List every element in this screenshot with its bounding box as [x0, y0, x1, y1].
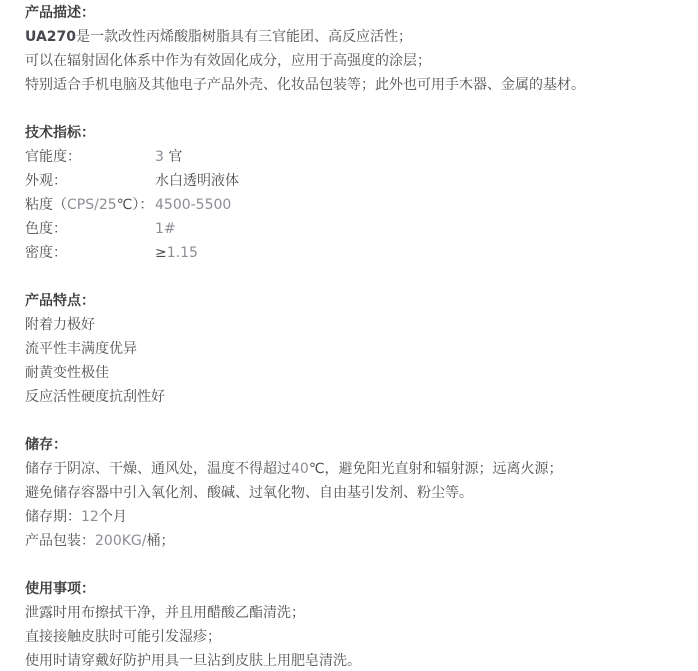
- spec-row: 色度： 1#: [25, 217, 680, 241]
- spec-label: 官能度：: [25, 145, 155, 169]
- section-usage: 使用事项： 泄露时用布擦拭干净，并且用醋酸乙酯清洗； 直接接触皮肤时可能引发湿疹…: [25, 577, 680, 671]
- storage-line: 储存期：12个月: [25, 505, 680, 529]
- storage-line: 储存于阴凉、干燥、通风处，温度不得超过40℃，避免阳光直射和辐射源；远离火源；: [25, 457, 680, 481]
- section-heading-usage: 使用事项：: [25, 577, 680, 601]
- feature-item: 流平性丰满度优异: [25, 337, 680, 361]
- storage-line: 避免储存容器中引入氧化剂、酸碱、过氧化物、自由基引发剂、粉尘等。: [25, 481, 680, 505]
- spec-value: 3 官: [155, 145, 182, 169]
- section-heading-specs: 技术指标：: [25, 121, 680, 145]
- product-datasheet: 产品描述： UA270是一款改性丙烯酸脂树脂具有三官能团、高反应活性； 可以在辐…: [0, 0, 698, 671]
- section-specs: 技术指标： 官能度： 3 官 外观： 水白透明液体 粘度（CPS/25℃）： 4…: [25, 121, 680, 265]
- spec-label: 粘度（CPS/25℃）：: [25, 193, 155, 217]
- feature-item: 反应活性硬度抗刮性好: [25, 385, 680, 409]
- spec-value: 水白透明液体: [155, 169, 239, 193]
- usage-line: 使用时请穿戴好防护用具一旦沾到皮肤上用肥皂清洗。: [25, 649, 680, 671]
- section-description: 产品描述： UA270是一款改性丙烯酸脂树脂具有三官能团、高反应活性； 可以在辐…: [25, 1, 680, 97]
- spec-row: 官能度： 3 官: [25, 145, 680, 169]
- description-line-text: 是一款改性丙烯酸脂树脂具有三官能团、高反应活性；: [76, 29, 412, 45]
- spec-value: 1#: [155, 217, 176, 241]
- spec-row: 密度： ≥1.15: [25, 241, 680, 265]
- section-heading-storage: 储存：: [25, 433, 680, 457]
- section-features: 产品特点： 附着力极好 流平性丰满度优异 耐黄变性极佳 反应活性硬度抗刮性好: [25, 289, 680, 409]
- section-storage: 储存： 储存于阴凉、干燥、通风处，温度不得超过40℃，避免阳光直射和辐射源；远离…: [25, 433, 680, 553]
- feature-item: 附着力极好: [25, 313, 680, 337]
- spec-row: 外观： 水白透明液体: [25, 169, 680, 193]
- spec-label: 色度：: [25, 217, 155, 241]
- spec-label: 密度：: [25, 241, 155, 265]
- usage-line: 泄露时用布擦拭干净，并且用醋酸乙酯清洗；: [25, 601, 680, 625]
- description-line: 可以在辐射固化体系中作为有效固化成分，应用于高强度的涂层；: [25, 49, 680, 73]
- spec-label: 外观：: [25, 169, 155, 193]
- spec-value: 4500-5500: [155, 193, 231, 217]
- product-code: UA270: [25, 29, 76, 45]
- description-line: UA270是一款改性丙烯酸脂树脂具有三官能团、高反应活性；: [25, 25, 680, 49]
- storage-line: 产品包装：200KG/桶；: [25, 529, 680, 553]
- spec-value: ≥1.15: [155, 241, 198, 265]
- section-heading-description: 产品描述：: [25, 1, 680, 25]
- feature-item: 耐黄变性极佳: [25, 361, 680, 385]
- description-line: 特别适合手机电脑及其他电子产品外壳、化妆品包装等；此外也可用手木器、金属的基材。: [25, 73, 680, 97]
- spec-row: 粘度（CPS/25℃）： 4500-5500: [25, 193, 680, 217]
- section-heading-features: 产品特点：: [25, 289, 680, 313]
- usage-line: 直接接触皮肤时可能引发湿疹；: [25, 625, 680, 649]
